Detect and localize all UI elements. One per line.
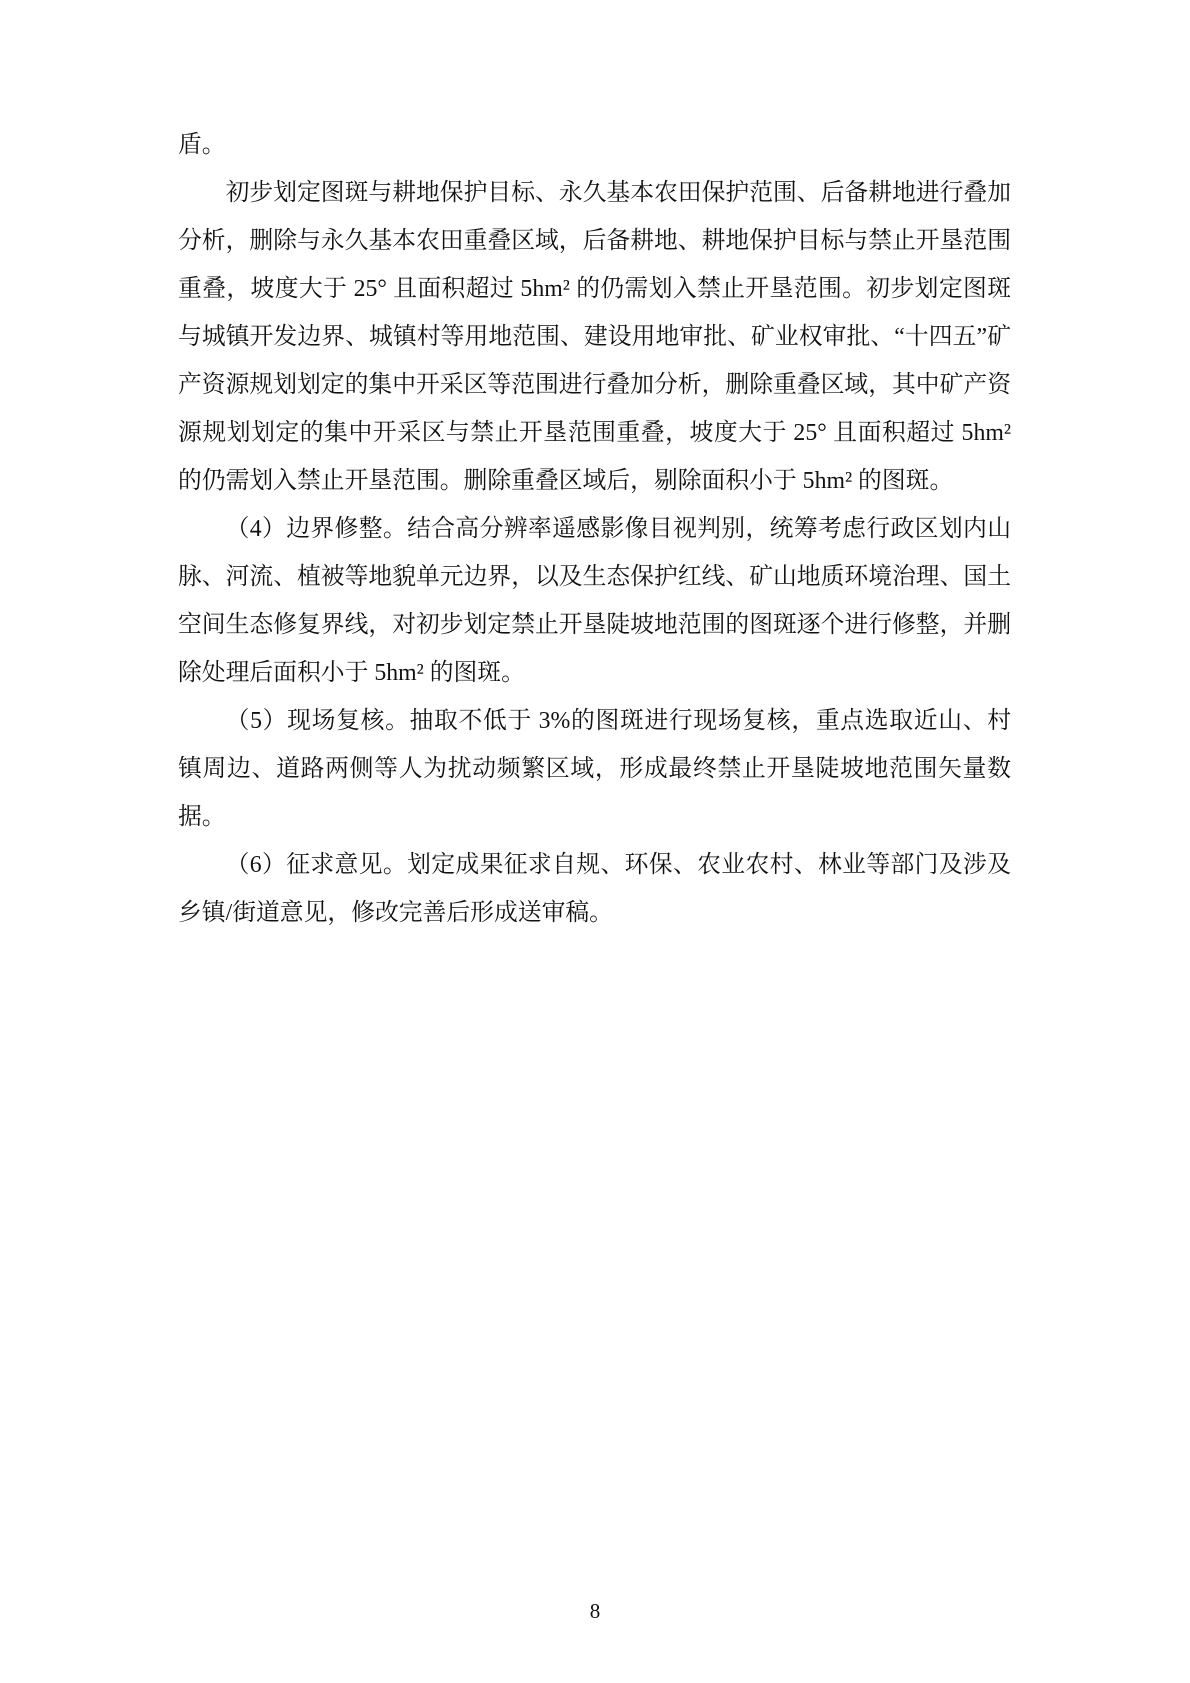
document-page: 盾。 初步划定图斑与耕地保护目标、永久基本农田保护范围、后备耕地进行叠加分析，删… (0, 0, 1190, 1683)
paragraph-step6-soliciting-opinions: （6）征求意见。划定成果征求自规、环保、农业农村、林业等部门及涉及乡镇/街道意见… (178, 841, 1011, 937)
paragraph-continuation: 盾。 (178, 121, 1011, 169)
page-footer: 8 (0, 1598, 1190, 1624)
paragraph-step5-field-verification: （5）现场复核。抽取不低于 3%的图斑进行现场复核，重点选取近山、村镇周边、道路… (178, 697, 1011, 841)
paragraph-step4-boundary-refinement: （4）边界修整。结合高分辨率遥感影像目视判别，统筹考虑行政区划内山脉、河流、植被… (178, 505, 1011, 697)
paragraph-overlay-analysis: 初步划定图斑与耕地保护目标、永久基本农田保护范围、后备耕地进行叠加分析，删除与永… (178, 169, 1011, 505)
page-number: 8 (590, 1599, 601, 1623)
page-body-text: 盾。 初步划定图斑与耕地保护目标、永久基本农田保护范围、后备耕地进行叠加分析，删… (178, 121, 1011, 937)
